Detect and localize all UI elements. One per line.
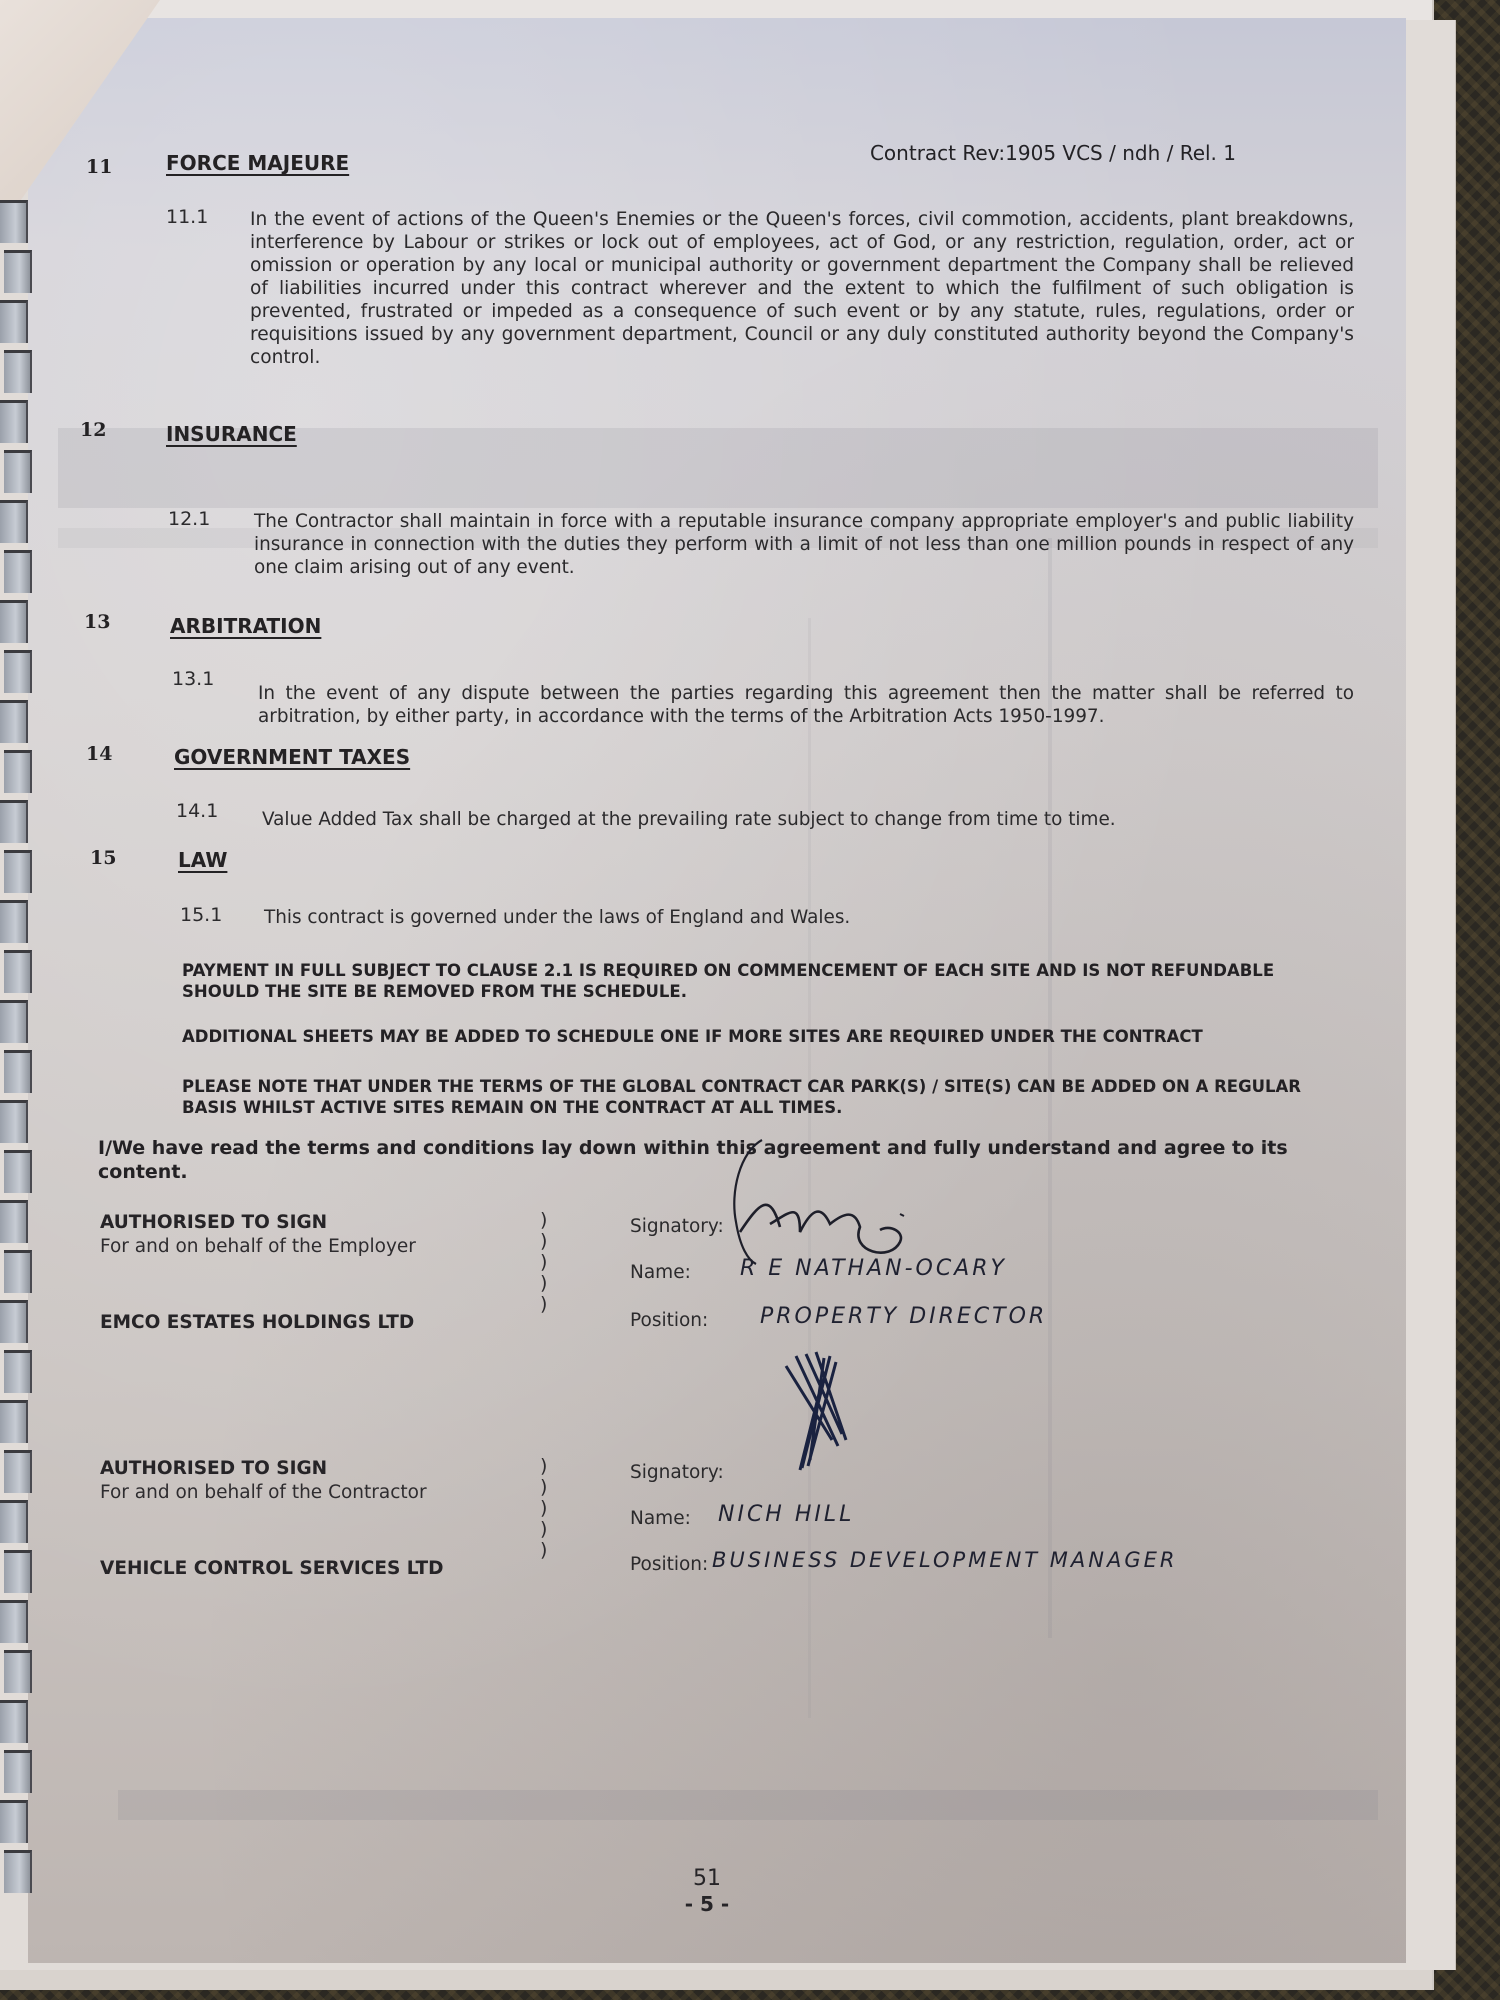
binding-coil [4, 1350, 32, 1393]
binding-coil [0, 1400, 28, 1443]
contractor-signature-block: AUTHORISED TO SIGN For and on behalf of … [100, 1458, 1350, 1598]
binding-coil [4, 950, 32, 993]
clause-text-law: This contract is governed under the laws… [264, 906, 1264, 929]
position-label: Position: [630, 1554, 708, 1575]
notice-payment: PAYMENT IN FULL SUBJECT TO CLAUSE 2.1 IS… [182, 960, 1352, 1002]
name-label: Name: [630, 1508, 691, 1529]
binding-coil [0, 900, 28, 943]
section-title-arbitration: ARBITRATION [170, 614, 321, 638]
binding-coil [0, 600, 28, 643]
signatory-label: Signatory: [630, 1462, 724, 1483]
contractor-signature-icon [780, 1350, 860, 1480]
employer-signature-icon [700, 1132, 960, 1272]
binding-coil [0, 200, 28, 243]
clause-number: 12.1 [168, 508, 210, 530]
page-number: 51 [18, 1866, 1396, 1891]
bracket-column: ) ) ) ) ) [540, 1456, 547, 1561]
binding-coil [4, 250, 32, 293]
page-label: - 5 - [18, 1892, 1396, 1916]
clause-number: 14.1 [176, 800, 218, 822]
binding-coil [4, 850, 32, 893]
section-title-insurance: INSURANCE [166, 422, 297, 446]
bracket-column: ) ) ) ) ) [540, 1210, 547, 1315]
binding-coil [4, 350, 32, 393]
binding-coil [4, 1250, 32, 1293]
binding-coil [0, 1500, 28, 1543]
employer-company-name: EMCO ESTATES HOLDINGS LTD [100, 1312, 414, 1333]
clause-text-arbitration: In the event of any dispute between the … [258, 682, 1354, 728]
section-title-government-taxes: GOVERNMENT TAXES [174, 745, 410, 769]
binding-coil [4, 650, 32, 693]
binding-coil [0, 1300, 28, 1343]
binding-coil [4, 1750, 32, 1793]
binding-coil [0, 500, 28, 543]
handwritten-name: NICH HILL [718, 1502, 854, 1527]
handwritten-position: BUSINESS DEVELOPMENT MANAGER [712, 1548, 1177, 1572]
binding-coil [0, 1200, 28, 1243]
authorised-to-sign-label: AUTHORISED TO SIGN [100, 1458, 327, 1479]
handwritten-position: PROPERTY DIRECTOR [760, 1304, 1047, 1329]
binding-coil [0, 1000, 28, 1043]
binding-coil [4, 750, 32, 793]
employer-signature-block: AUTHORISED TO SIGN For and on behalf of … [100, 1212, 1350, 1352]
section-number: 12 [80, 419, 106, 441]
binding-coil [4, 550, 32, 593]
contract-page: Contract Rev:1905 VCS / ndh / Rel. 1 11 … [28, 18, 1406, 1963]
binding-coil [0, 1600, 28, 1643]
binding-coil [4, 1050, 32, 1093]
clause-text-government-taxes: Value Added Tax shall be charged at the … [262, 808, 1358, 831]
binding-coil [0, 400, 28, 443]
clause-number: 13.1 [172, 668, 214, 690]
clause-text-insurance: The Contractor shall maintain in force w… [254, 510, 1354, 579]
name-label: Name: [630, 1262, 691, 1283]
binding-coil [0, 1700, 28, 1743]
notice-additional-sheets: ADDITIONAL SHEETS MAY BE ADDED TO SCHEDU… [182, 1026, 1352, 1047]
section-number: 11 [86, 156, 112, 178]
binding-coil [4, 450, 32, 493]
notice-global-contract: PLEASE NOTE THAT UNDER THE TERMS OF THE … [182, 1076, 1352, 1118]
clause-number: 15.1 [180, 904, 222, 926]
clause-text-force-majeure: In the event of actions of the Queen's E… [250, 208, 1354, 369]
section-number: 13 [84, 611, 110, 633]
section-number: 15 [90, 847, 116, 869]
binding-coil [0, 1100, 28, 1143]
binding-coil [4, 1150, 32, 1193]
section-number: 14 [86, 743, 112, 765]
binding-coil [4, 1650, 32, 1693]
on-behalf-label: For and on behalf of the Employer [100, 1236, 416, 1257]
section-title-force-majeure: FORCE MAJEURE [166, 151, 349, 175]
contractor-company-name: VEHICLE CONTROL SERVICES LTD [100, 1558, 443, 1579]
binding-coil [4, 1450, 32, 1493]
binding-coil [4, 1850, 32, 1893]
contract-reference: Contract Rev:1905 VCS / ndh / Rel. 1 [870, 141, 1236, 165]
binding-coil [4, 1550, 32, 1593]
clause-number: 11.1 [166, 206, 208, 228]
authorised-to-sign-label: AUTHORISED TO SIGN [100, 1212, 327, 1233]
binding-coil [0, 700, 28, 743]
position-label: Position: [630, 1310, 708, 1331]
section-title-law: LAW [178, 848, 227, 872]
binding-coil [0, 800, 28, 843]
spiral-binding [0, 200, 38, 1910]
on-behalf-label: For and on behalf of the Contractor [100, 1482, 427, 1503]
binding-coil [0, 300, 28, 343]
binding-coil [0, 1800, 28, 1843]
